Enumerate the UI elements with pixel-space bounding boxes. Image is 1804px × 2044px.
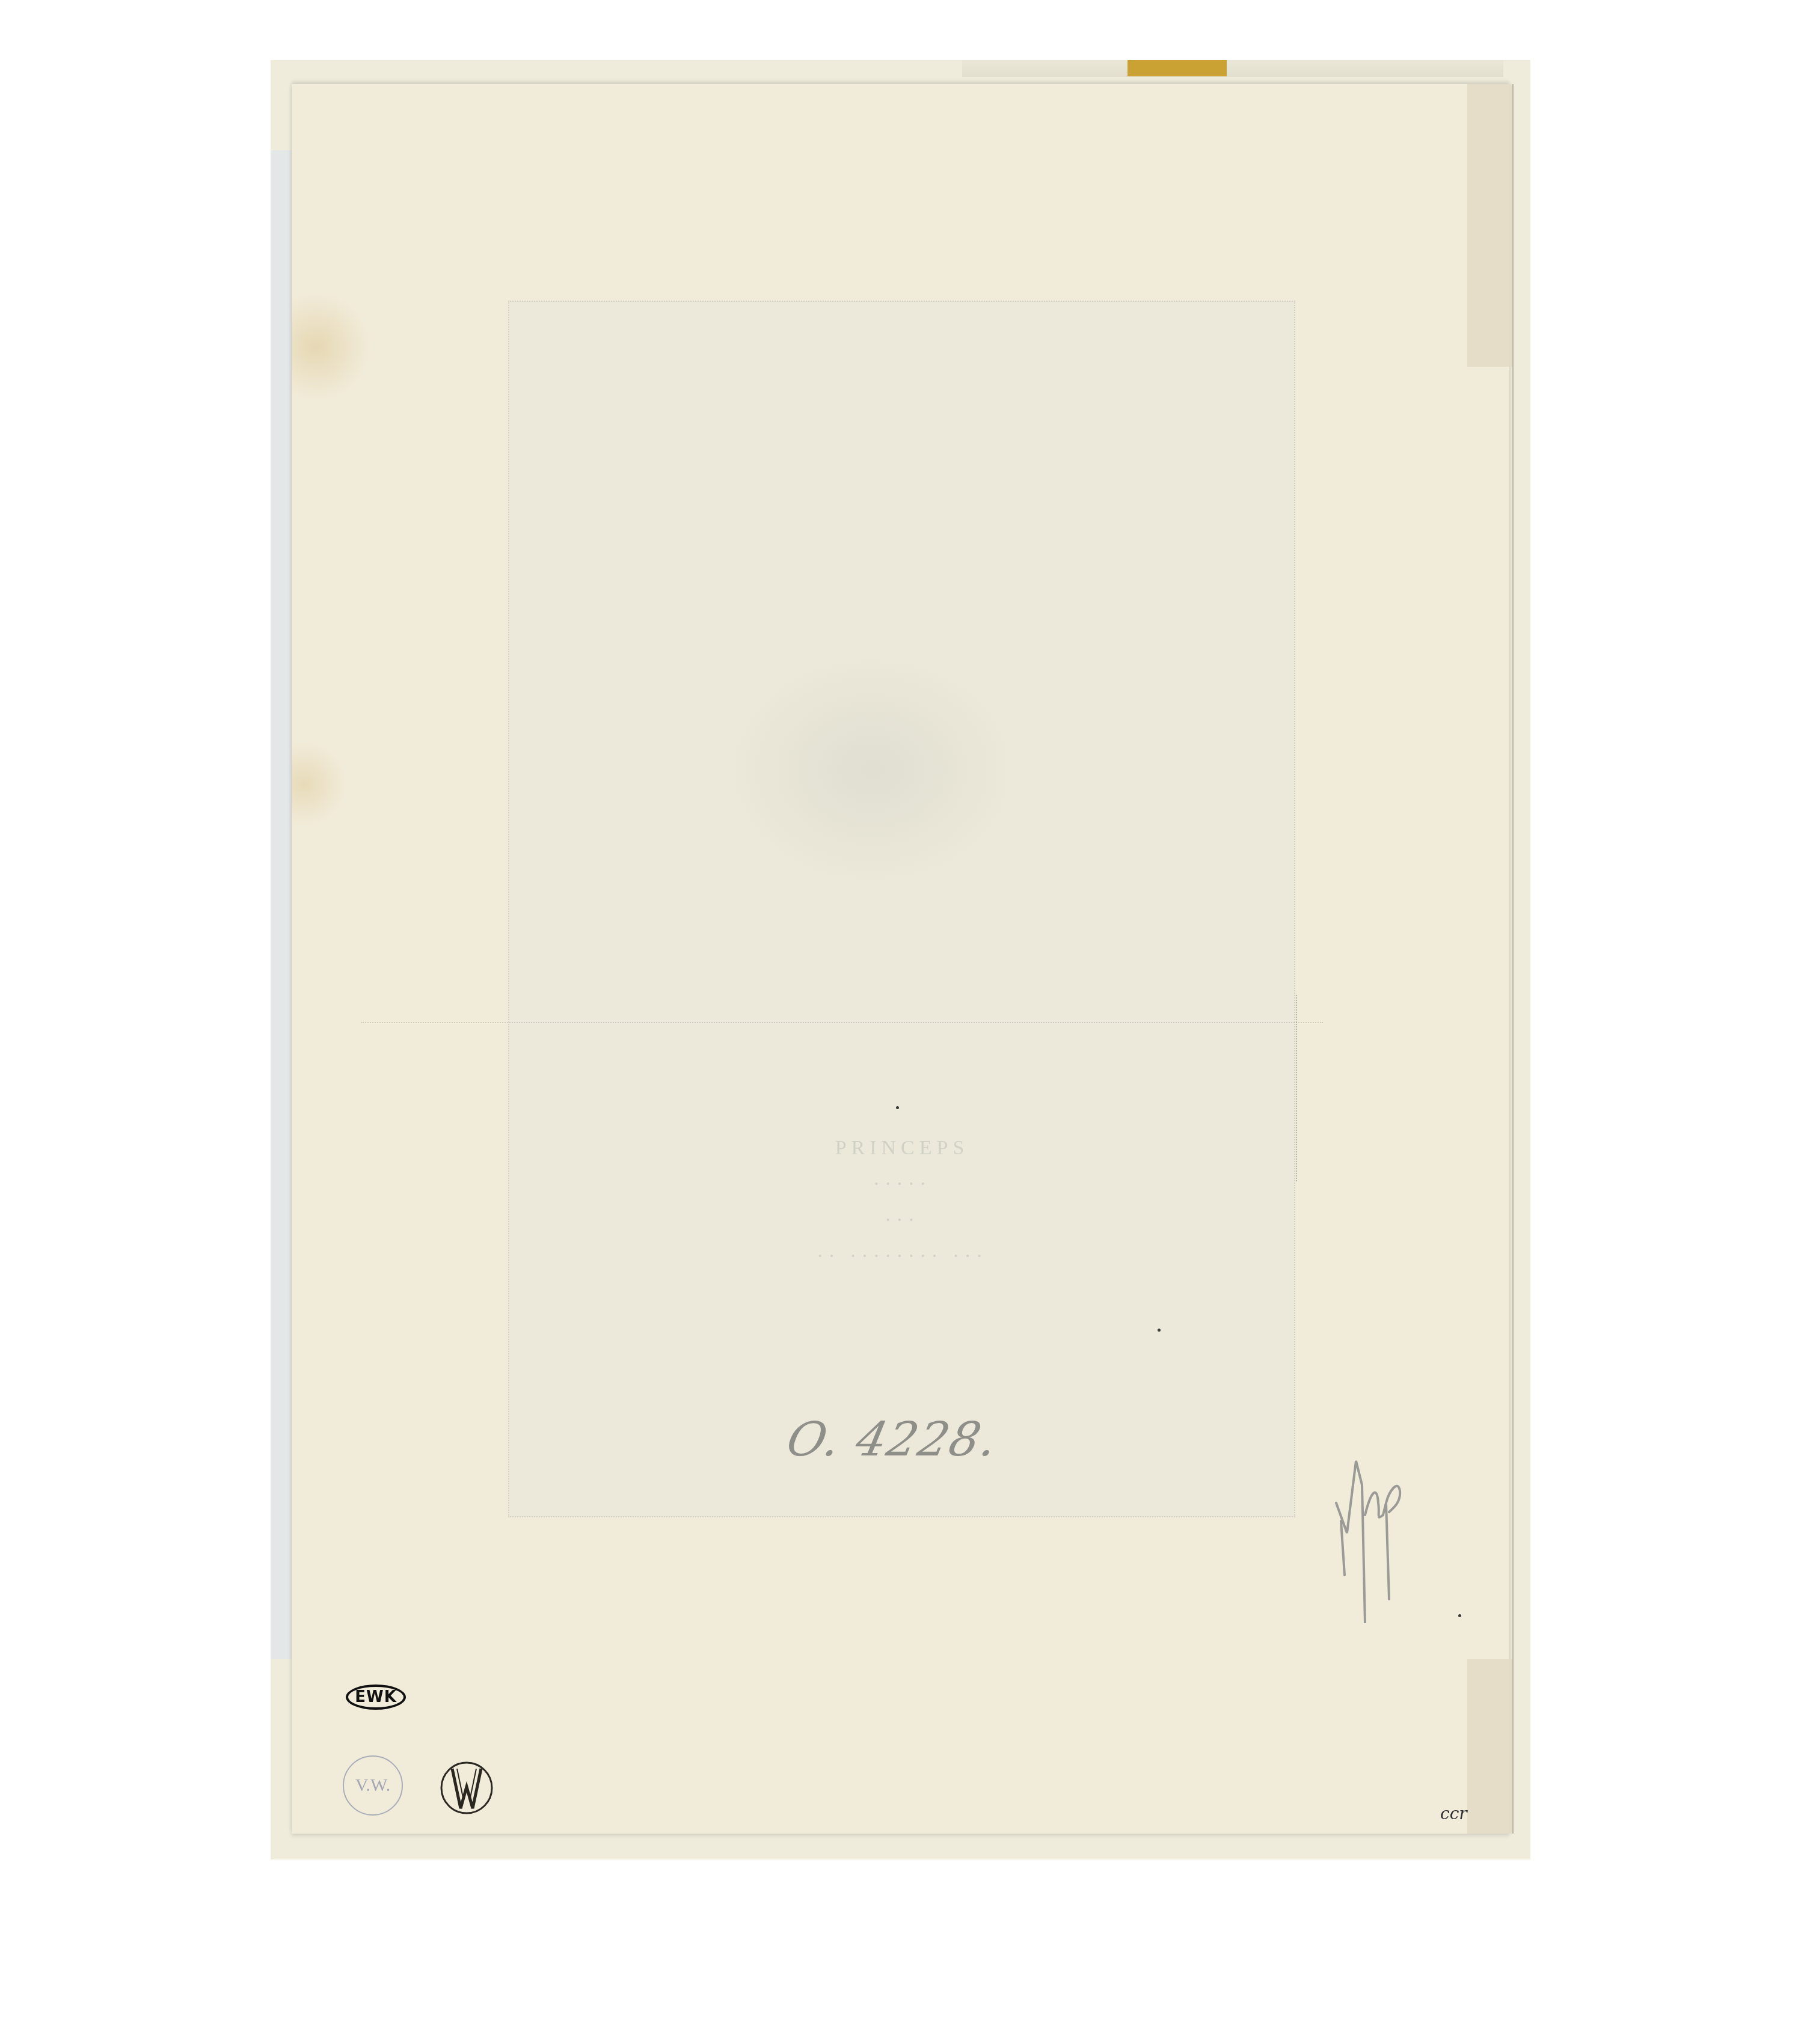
pencil-signature-icon [1329,1443,1419,1623]
hinge-tape-top-right [1467,84,1512,367]
caption-line: PRINCEPS [661,1130,1143,1166]
mount-backing-strip [271,150,295,1659]
plate-mark-show-through [508,301,1295,1517]
reversed-caption-show-through: PRINCEPS ····· ··· ·· ········ ··· [661,1130,1143,1274]
collector-stamp-w-monogram-icon [439,1760,494,1816]
paper-speck [1458,1614,1461,1617]
sheet-right-edge [1512,84,1514,1834]
inventory-number: O. 4228. [782,1413,1002,1467]
caption-line: ··· [661,1202,1143,1238]
gold-tape-strip [1127,60,1227,76]
hinge-tape-bottom-right [1467,1659,1512,1834]
caption-line: ·· ········ ··· [661,1238,1143,1274]
collector-stamp-ewk: EWK [346,1684,406,1710]
caption-line: ····· [661,1166,1143,1202]
paper-speck [1158,1329,1161,1332]
horizontal-fold-line [361,1022,1323,1023]
top-tape-shadow [962,60,1503,77]
initials-ccr: ccr [1440,1804,1467,1823]
portrait-show-through [722,649,1022,890]
collector-stamp-vw: V.W. [343,1755,403,1816]
plate-edge-right [1296,995,1297,1181]
paper-speck [896,1106,899,1109]
